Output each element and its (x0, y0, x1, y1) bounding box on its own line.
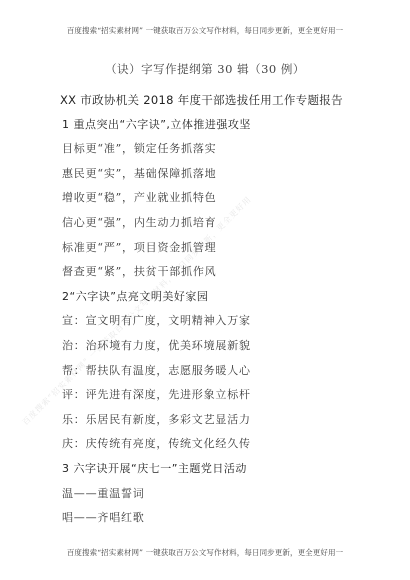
document-title: （诀）字写作提纲第 30 辑（30 例） (0, 61, 410, 77)
list-item: 帮：帮扶队有温度，志愿服务暖人心 (62, 359, 382, 384)
list-item: 目标更“准”，锁定任务抓落实 (62, 137, 382, 162)
list-item: 评：评先进有深度，先进形象立标杆 (62, 383, 382, 408)
page-header-banner: 百度搜索“招实素材网” 一键获取百万公文写作材料，每日同步更新，更全更好用一 (0, 25, 410, 36)
list-item: 惠民更“实”，基础保障抓落地 (62, 162, 382, 187)
list-item: 督查更“紧”，扶贫干部抓作风 (62, 260, 382, 285)
list-item: 温——重温誓词 (62, 482, 382, 507)
list-item: 增收更“稳”，产业就业抓特色 (62, 186, 382, 211)
report-title: XX 市政协机关 2018 年度干部选拔任用工作专题报告 (60, 88, 382, 113)
document-body: XX 市政协机关 2018 年度干部选拔任用工作专题报告 1 重点突出“六字诀”… (62, 88, 382, 531)
list-item: 标准更“严”，项目资金抓管理 (62, 236, 382, 261)
list-item: 庆：庆传统有亮度，传统文化经久传 (62, 432, 382, 457)
section-heading-1: 1 重点突出“六字诀”,立体推进强攻坚 (62, 113, 382, 138)
list-item: 乐：乐居民有新度，多彩文艺显活力 (62, 408, 382, 433)
list-item: 唱——齐唱红歌 (62, 506, 382, 531)
section-heading-3: 3 六字诀开展“庆七一”主题党日活动 (62, 457, 382, 482)
page-footer-banner: 百度搜索“招实素材网” 一键获取百万公文写作材料，每日同步更新，更全更好用一 (0, 547, 410, 558)
section-heading-2: 2“六字诀”点亮文明美好家园 (62, 285, 382, 310)
